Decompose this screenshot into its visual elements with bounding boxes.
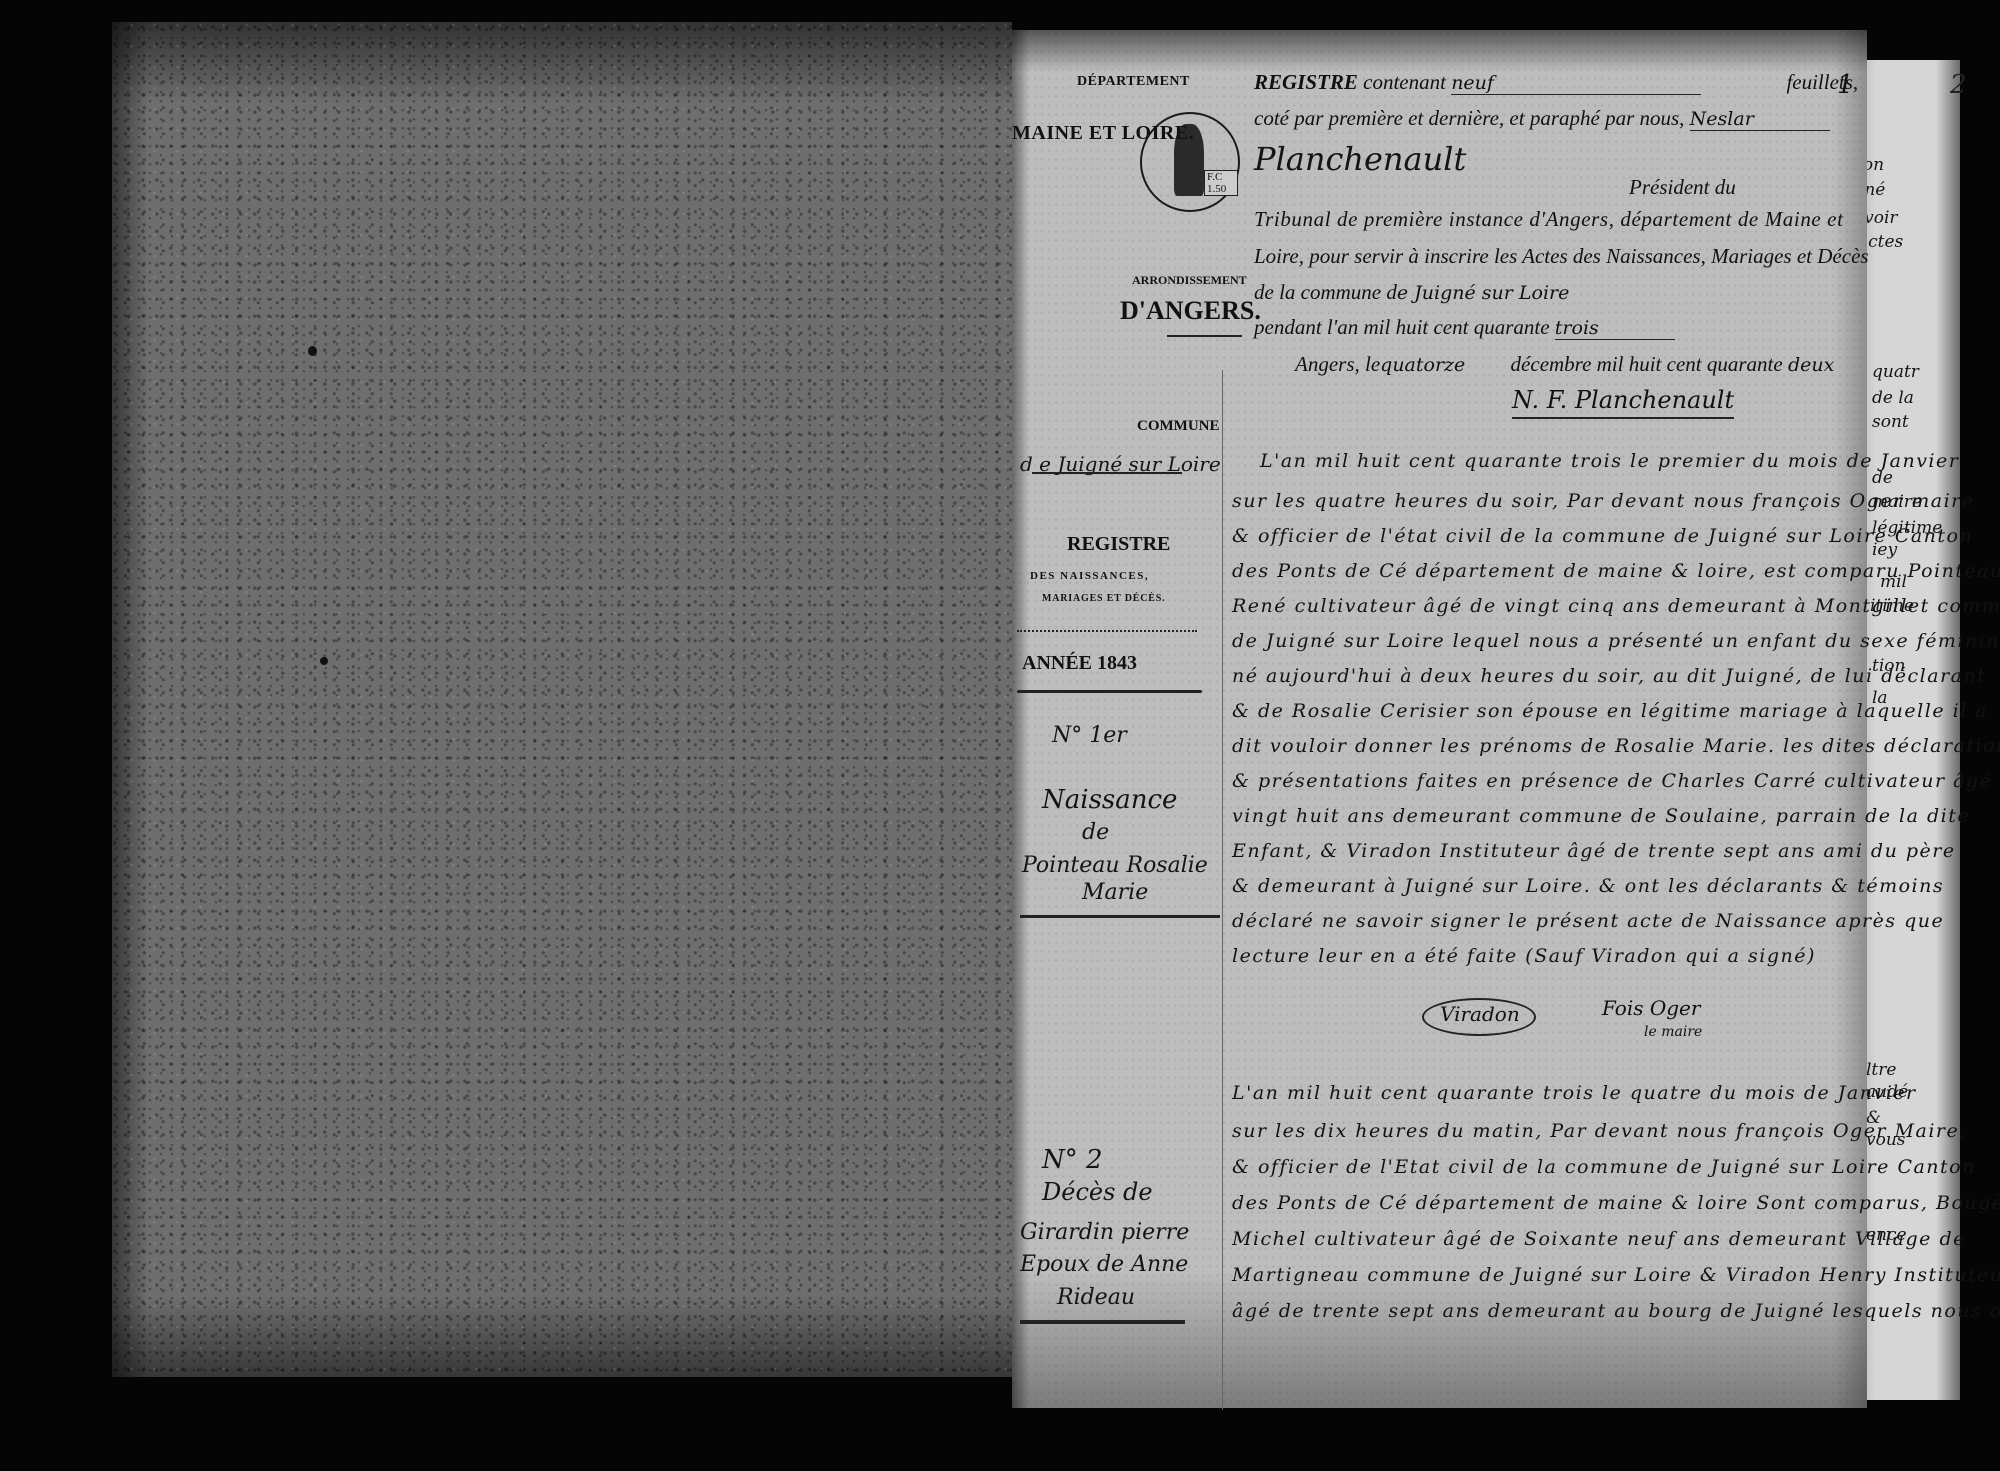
fragment-text: ltre xyxy=(1866,1060,1896,1080)
act-line: lecture leur en a été faite (Sauf Virado… xyxy=(1232,945,1816,967)
act-line: sur les dix heures du matin, Par devant … xyxy=(1232,1120,1967,1142)
entry2-name-2: Epoux de Anne xyxy=(1020,1252,1188,1277)
act-line: René cultivateur âgé de vingt cinq ans d… xyxy=(1232,595,2000,617)
entry1-name-2: Marie xyxy=(1082,880,1148,905)
stamp-price: F.C 1.50 xyxy=(1204,170,1238,196)
filled-year: deux xyxy=(1788,354,1834,376)
president-signature: N. F. Planchenault xyxy=(1512,386,1734,419)
act-line: sur les quatre heures du soir, Par devan… xyxy=(1232,490,1975,512)
marbled-back-cover xyxy=(112,22,1012,1377)
entry1-de: de xyxy=(1082,820,1109,845)
act-line: & de Rosalie Cerisier son épouse en légi… xyxy=(1232,700,1988,722)
fragment-text: sont xyxy=(1872,412,1909,432)
act-line: des Ponts de Cé département de maine & l… xyxy=(1232,1192,2000,1214)
act-line: & officier de l'Etat civil de la commune… xyxy=(1232,1156,1976,1178)
register-subtitle-2: MARIAGES ET DÉCÈS. xyxy=(1042,593,1165,604)
filled-leaf-count: neuf xyxy=(1451,72,1701,95)
act-line: déclaré ne savoir signer le présent acte… xyxy=(1232,910,1944,932)
filled-day: quatorze xyxy=(1380,354,1465,376)
entry2-number: N° 2 xyxy=(1042,1145,1103,1175)
divider xyxy=(1020,915,1220,918)
header-line-3: Planchenault xyxy=(1254,140,1466,178)
static-text: décembre mil huit cent quarante xyxy=(1511,352,1783,376)
entry1-name: Pointeau Rosalie xyxy=(1022,853,1208,878)
filled-commune: e Juigné sur Loire xyxy=(1397,282,1569,304)
fragment-text: de la xyxy=(1872,388,1914,408)
ink-spot xyxy=(308,346,317,356)
act-line: L'an mil huit cent quarante trois le qua… xyxy=(1232,1082,1917,1104)
header-line-6: de la commune de Juigné sur Loire xyxy=(1254,280,1569,305)
static-text: de la commune d xyxy=(1254,280,1397,304)
department-label: DÉPARTEMENT xyxy=(1077,74,1190,90)
ink-spot xyxy=(320,657,328,665)
mayor-signature: Fois Oger xyxy=(1602,996,1700,1020)
static-text: Loire, pour servir à inscrire les Actes … xyxy=(1254,244,1869,269)
entry2-name: Girardin pierre xyxy=(1020,1220,1189,1245)
president-name: Planchenault xyxy=(1254,140,1466,178)
static-text: feuillets, xyxy=(1786,70,1858,94)
register-subtitle-1: DES NAISSANCES, xyxy=(1030,570,1149,582)
entry2-type: Décès de xyxy=(1042,1178,1153,1206)
entry1-number: N° 1er xyxy=(1052,723,1127,748)
department-name: MAINE ET LOIRE. xyxy=(1012,122,1194,145)
arrondissement-name: D'ANGERS. xyxy=(1120,296,1261,326)
divider xyxy=(1032,472,1182,474)
header-line-1: REGISTRE contenant neuf feuillets, xyxy=(1254,70,1858,95)
act-line: L'an mil huit cent quarante trois le pre… xyxy=(1260,450,1959,472)
act-line: vingt huit ans demeurant commune de Soul… xyxy=(1232,805,1970,827)
divider xyxy=(1020,1320,1185,1324)
entry1-type: Naissance xyxy=(1042,785,1177,815)
divider xyxy=(1017,690,1202,693)
act-line: des Ponts de Cé département de maine & l… xyxy=(1232,560,2000,582)
static-text: Président du xyxy=(1629,175,1736,200)
act-line: & présentations faites en présence de Ch… xyxy=(1232,770,2000,792)
static-text: Angers, le xyxy=(1295,352,1380,376)
act-line: & officier de l'état civil de la commune… xyxy=(1232,525,1973,547)
act-line: de Juigné sur Loire lequel nous a présen… xyxy=(1232,630,2000,652)
year-label: ANNÉE 1843 xyxy=(1022,652,1137,675)
fragment-text: quatr xyxy=(1872,362,1919,382)
register-page: 1 DÉPARTEMENT F.C 1.50 MAINE ET LOIRE. A… xyxy=(1012,30,1867,1408)
static-text: contenant xyxy=(1363,70,1446,94)
entry2-name-3: Rideau xyxy=(1057,1285,1135,1310)
folio-number: 2 xyxy=(1950,70,1967,100)
header-line-7: pendant l'an mil huit cent quarante troi… xyxy=(1254,315,1675,340)
act-line: & demeurant à Juigné sur Loire. & ont le… xyxy=(1232,875,1944,897)
header-line-2: coté par première et dernière, et paraph… xyxy=(1254,106,1830,131)
filled-title: Neslar xyxy=(1690,108,1830,131)
filled-year: trois xyxy=(1555,317,1675,340)
margin-rule xyxy=(1222,370,1223,1410)
witness-signature: Viradon xyxy=(1440,1002,1520,1026)
divider xyxy=(1167,335,1242,337)
act-line: dit vouloir donner les prénoms de Rosali… xyxy=(1232,735,2000,757)
static-text: Tribunal de première instance d'Angers, … xyxy=(1254,207,1844,232)
static-text: coté par première et dernière, et paraph… xyxy=(1254,106,1684,130)
mayor-title: le maire xyxy=(1644,1024,1702,1040)
decorative-rule xyxy=(1017,630,1197,636)
act-line: Enfant, & Viradon Instituteur âgé de tre… xyxy=(1232,840,1956,862)
act-line: Martigneau commune de Juigné sur Loire &… xyxy=(1232,1264,2000,1286)
register-heading: REGISTRE xyxy=(1254,70,1358,94)
register-title: REGISTRE xyxy=(1067,533,1170,556)
commune-label: COMMUNE xyxy=(1137,418,1220,435)
act-line: Michel cultivateur âgé de Soixante neuf … xyxy=(1232,1228,1966,1250)
static-text: pendant l'an mil huit cent quarante xyxy=(1254,315,1550,339)
act-line: âgé de trente sept ans demeurant au bour… xyxy=(1232,1300,2000,1322)
header-line-8: Angers, lequatorze décembre mil huit cen… xyxy=(1295,352,1834,377)
arrondissement-label: ARRONDISSEMENT xyxy=(1132,273,1247,288)
act-line: né aujourd'hui à deux heures du soir, au… xyxy=(1232,665,1986,687)
